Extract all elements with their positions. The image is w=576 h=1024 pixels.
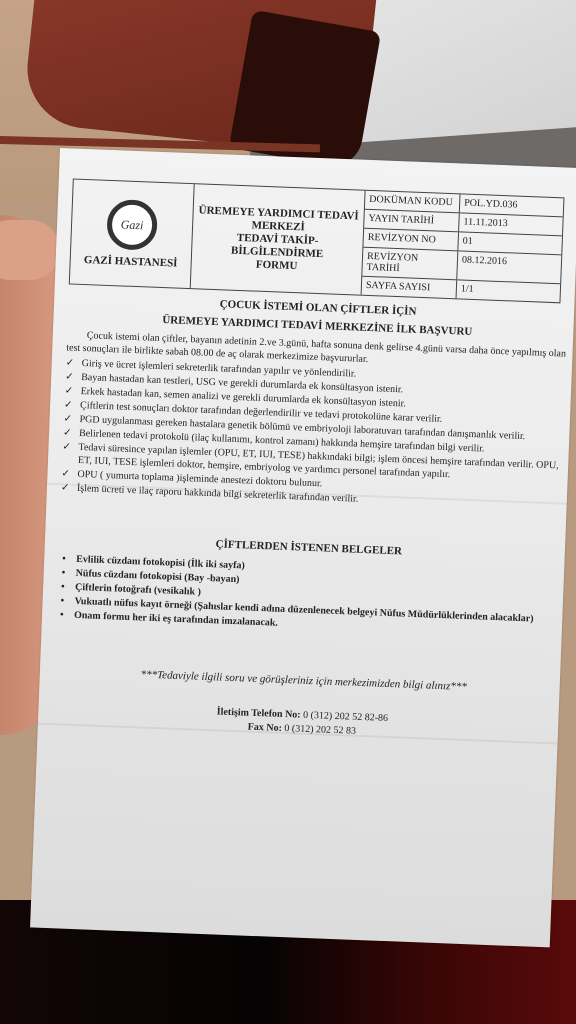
required-documents-list: •Evlilik cüzdanı fotokopisi (İlk iki say… [56,552,558,640]
header-title-cell: ÜREMEYE YARDIMCI TEDAVİ MERKEZİ TEDAVİ T… [191,184,366,294]
check-icon: ✓ [63,412,72,425]
info-note: ***Tedaviyle ilgili soru ve görüşleriniz… [54,665,554,696]
document-content: Gazi GAZİ HASTANESİ ÜREMEYE YARDIMCI TED… [52,179,573,747]
check-icon: ✓ [66,356,75,369]
check-icon: ✓ [64,398,73,411]
bullet-icon: • [61,580,65,593]
bullet-icon: • [61,566,65,579]
phone-number: 0 (312) 202 52 82-86 [303,710,388,724]
institution-name: GAZİ HASTANESİ [84,254,178,270]
meta-key: REVİZYON TARİHİ [362,248,458,280]
bullet-icon: • [60,594,64,607]
meta-key: SAYFA SAYISI [362,277,458,299]
document-meta-table: DOKÜMAN KODUPOL.YD.036 YAYIN TARİHİ11.11… [362,191,564,303]
bullet-icon: • [60,608,64,621]
check-icon: ✓ [65,370,74,383]
check-icon: ✓ [61,481,70,494]
header-logo-cell: Gazi GAZİ HASTANESİ [70,180,195,289]
document-header-table: Gazi GAZİ HASTANESİ ÜREMEYE YARDIMCI TED… [69,179,565,304]
paper-sheet: Gazi GAZİ HASTANESİ ÜREMEYE YARDIMCI TED… [30,148,576,947]
contact-info: İletişim Telefon No: 0 (312) 202 52 82-8… [52,699,553,746]
fax-number: 0 (312) 202 52 83 [284,723,356,737]
meta-key: REVİZYON NO [363,229,459,251]
procedure-steps-list: ✓Giriş ve ücret işlemleri sekreterlik ta… [61,356,566,513]
phone-label: İletişim Telefon No: [217,706,301,720]
photo-scene: Gazi GAZİ HASTANESİ ÜREMEYE YARDIMCI TED… [0,0,576,1024]
bullet-icon: • [62,552,66,565]
header-title-line: FORMU [256,258,298,273]
meta-key: DOKÜMAN KODU [365,191,461,213]
meta-value: 08.12.2016 [457,251,561,283]
check-icon: ✓ [64,384,73,397]
check-icon: ✓ [61,467,70,480]
meta-value: 1/1 [457,280,561,302]
check-icon: ✓ [63,426,72,439]
university-seal-icon: Gazi [106,199,158,251]
meta-key: YAYIN TARİHİ [364,210,460,232]
check-icon: ✓ [62,440,71,453]
fax-label: Fax No: [248,722,283,734]
thumb [0,220,60,280]
header-title-line: TEDAVİ TAKİP-BİLGİLENDİRME [192,230,363,263]
